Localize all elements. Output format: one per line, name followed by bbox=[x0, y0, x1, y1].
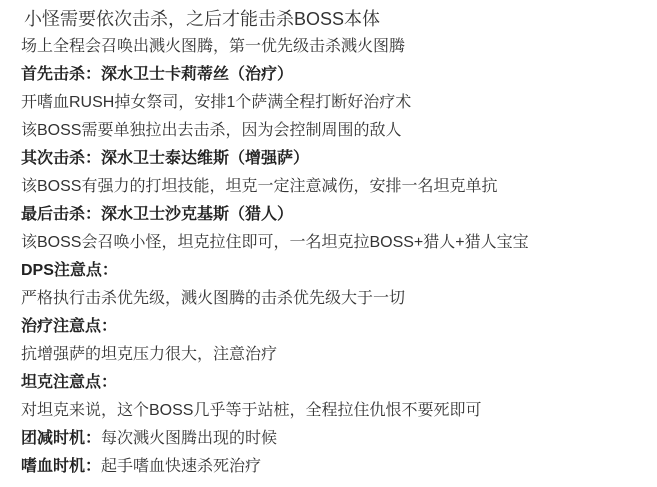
line-text: 起手嗜血快速杀死治疗 bbox=[101, 458, 261, 475]
guide-line: 抗增强萨的坦克压力很大，注意治疗 bbox=[21, 341, 649, 369]
line-label: 嗜血时机： bbox=[21, 458, 101, 475]
guide-line: 该BOSS有强力的打坦技能，坦克一定注意减伤，安排一名坦克单抗 bbox=[21, 173, 649, 201]
guide-heading-dps-notes: DPS注意点： bbox=[21, 257, 649, 285]
guide-line: 对坦克来说，这个BOSS几乎等于站桩，全程拉住仇恨不要死即可 bbox=[21, 397, 649, 425]
guide-line: 场上全程会召唤出溅火图腾，第一优先级击杀溅火图腾 bbox=[21, 33, 649, 61]
guide-line-raid-cd-timing: 团减时机：每次溅火图腾出现的时候 bbox=[21, 425, 649, 453]
line-label: 团减时机： bbox=[21, 430, 101, 447]
guide-line: 该BOSS会召唤小怪，坦克拉住即可，一名坦克拉BOSS+猎人+猎人宝宝 bbox=[21, 229, 649, 257]
guide-heading-first-kill: 首先击杀：深水卫士卡莉蒂丝（治疗） bbox=[21, 61, 649, 89]
guide-line: 严格执行击杀优先级，溅火图腾的击杀优先级大于一切 bbox=[21, 285, 649, 313]
guide-heading-second-kill: 其次击杀：深水卫士泰达维斯（增强萨） bbox=[21, 145, 649, 173]
guide-line: 开嗜血RUSH掉女祭司，安排1个萨满全程打断好治疗术 bbox=[21, 89, 649, 117]
guide-document: 小怪需要依次击杀，之后才能击杀BOSS本体 场上全程会召唤出溅火图腾，第一优先级… bbox=[0, 0, 657, 487]
guide-line-bloodlust-timing: 嗜血时机：起手嗜血快速杀死治疗 bbox=[21, 453, 649, 481]
guide-heading-healer-notes: 治疗注意点： bbox=[21, 313, 649, 341]
guide-heading-last-kill: 最后击杀：深水卫士沙克基斯（猎人） bbox=[21, 201, 649, 229]
guide-heading-tank-notes: 坦克注意点： bbox=[21, 369, 649, 397]
guide-line: 该BOSS需要单独拉出去击杀，因为会控制周围的敌人 bbox=[21, 117, 649, 145]
line-text: 每次溅火图腾出现的时候 bbox=[101, 430, 277, 447]
guide-line: 小怪需要依次击杀，之后才能击杀BOSS本体 bbox=[21, 5, 649, 33]
